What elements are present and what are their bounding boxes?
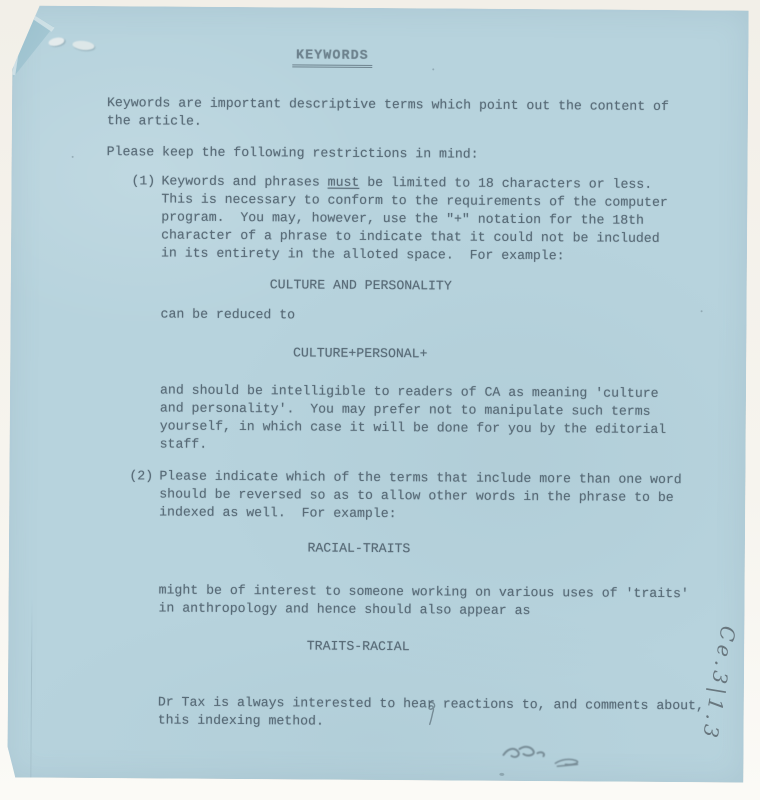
typed-line: yourself, in which case it will be done … bbox=[160, 417, 667, 439]
paper-speck bbox=[701, 310, 703, 312]
paper-crease-line bbox=[30, 596, 32, 778]
paper-speck bbox=[72, 156, 74, 158]
underlined-word: must bbox=[328, 175, 360, 190]
item-number: (2) bbox=[129, 467, 159, 521]
typed-line: indexed as well. For example: bbox=[159, 503, 681, 525]
page-title-text: KEYWORDS bbox=[292, 48, 373, 68]
typed-line: staff. bbox=[160, 435, 667, 457]
item-text: Keywords and phrases must be limited to … bbox=[161, 172, 668, 266]
paper-tear bbox=[48, 36, 65, 47]
typed-line: in its entirety in the alloted space. Fo… bbox=[161, 244, 668, 266]
example-keyword-racial-traits: RACIAL-TRAITS bbox=[104, 538, 614, 560]
item-number: (1) bbox=[131, 172, 162, 262]
example-connector: can be reduced to bbox=[160, 305, 295, 324]
example-keyword-reduced: CULTURE+PERSONAL+ bbox=[105, 343, 615, 365]
reduction-note-paragraph: and should be intelligible to readers of… bbox=[160, 381, 667, 457]
restriction-item-1: (1) Keywords and phrases must be limited… bbox=[131, 172, 668, 266]
reversal-note-paragraph: might be of interest to someone working … bbox=[158, 581, 688, 621]
pencil-speck bbox=[499, 773, 504, 776]
pencil-smudge-mark bbox=[497, 739, 597, 774]
intro-paragraph: Keywords are important descriptive terms… bbox=[107, 94, 669, 134]
item-text: Please indicate which of the terms that … bbox=[159, 467, 682, 525]
example-keyword-traits-racial: TRAITS-RACIAL bbox=[103, 636, 613, 658]
pencil-squiggle-mark bbox=[422, 700, 440, 726]
scanned-document-page: KEYWORDS Keywords are important descript… bbox=[0, 0, 760, 800]
paper-speck bbox=[432, 68, 434, 70]
typed-line: in anthropology and hence should also ap… bbox=[158, 599, 688, 621]
blue-paper-sheet: KEYWORDS Keywords are important descript… bbox=[7, 5, 748, 782]
example-keyword-original: CULTURE AND PERSONALITY bbox=[106, 275, 616, 297]
restriction-item-2: (2) Please indicate which of the terms t… bbox=[129, 467, 682, 525]
restrictions-heading: Please keep the following restrictions i… bbox=[107, 143, 479, 164]
archival-reference-handwriting: Ce.3|1.3 bbox=[689, 594, 745, 772]
page-title: KEYWORDS bbox=[72, 44, 592, 70]
